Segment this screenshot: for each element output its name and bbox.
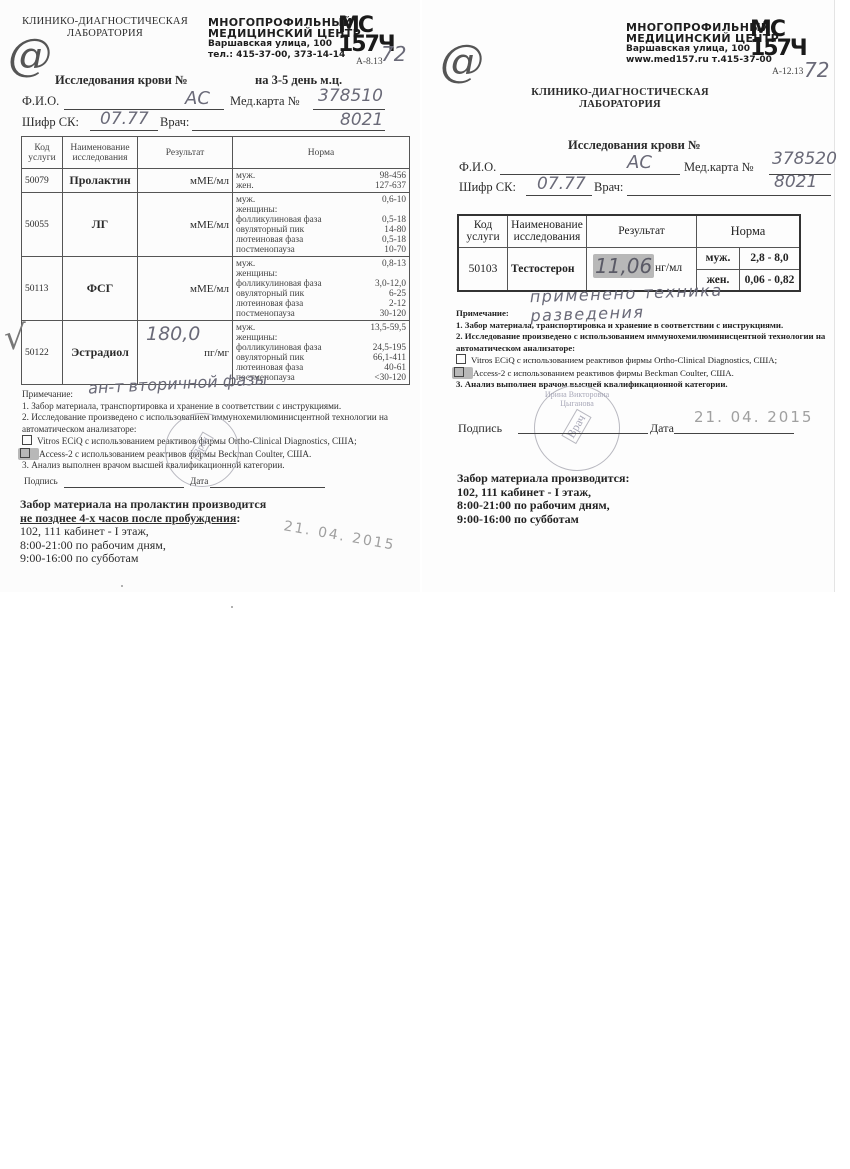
- date-label: Дата: [190, 476, 208, 488]
- norm-label: овуляторный пик: [236, 353, 304, 363]
- row-test-name: ЛГ: [63, 193, 138, 257]
- stamp-text: Врач: [189, 432, 214, 462]
- checkbox-access[interactable]: [454, 367, 464, 377]
- note-2: 2. Исследование произведено с использова…: [456, 331, 836, 354]
- row-test-name: Эстрадиол: [63, 321, 138, 385]
- lab-title-line1: КЛИНИКО-ДИАГНОСТИЧЕСКАЯ: [520, 87, 720, 99]
- norm-value: 2-12: [389, 299, 406, 309]
- norm-male-value: 2,8 - 8,0: [740, 247, 801, 269]
- left-lab-form: КЛИНИКО-ДИАГНОСТИЧЕСКАЯ ЛАБОРАТОРИЯ @ МН…: [0, 0, 420, 592]
- header-code: Код услуги: [458, 215, 508, 247]
- norm-label: фолликулиновая фаза: [236, 215, 322, 225]
- row-test-name: ФСГ: [63, 257, 138, 321]
- norm-label: постменопауза: [236, 245, 295, 255]
- norm-label: овуляторный пик: [236, 225, 304, 235]
- norm-value: 0,5-18: [382, 215, 406, 225]
- header-norm: Норма: [697, 215, 801, 247]
- row-unit: мМЕ/мл: [138, 257, 233, 321]
- norm-row: муж.13,5-59,5: [236, 323, 406, 333]
- norm-row: жен.127-637: [236, 181, 406, 191]
- norm-row: муж.98-456: [236, 171, 406, 181]
- notes-block: Примечание: 1. Забор материала, транспор…: [456, 308, 836, 391]
- norm-label: лютеиновая фаза: [236, 235, 303, 245]
- footer-bold-2: не позднее 4-х часов после пробуждения: [20, 511, 236, 525]
- footer-line-2: 8:00-21:00 по рабочим дням,: [457, 499, 630, 513]
- analyzer-option-access[interactable]: Access-2 с использованием реактивов фирм…: [456, 367, 836, 380]
- medical-center-logo-icon: МС 157Ч: [750, 20, 806, 58]
- stamp-text: Врач: [561, 409, 591, 444]
- date-field[interactable]: [210, 487, 325, 488]
- note-1: 1. Забор материала, транспортировка и хр…: [22, 401, 417, 413]
- norm-value: 6-25: [389, 289, 406, 299]
- at-mark-icon: @: [440, 36, 484, 87]
- scan-speck: [121, 585, 123, 587]
- doctor-field[interactable]: [192, 130, 385, 131]
- header-result: Результат: [138, 137, 233, 169]
- form-title: Исследования крови №: [568, 138, 701, 153]
- row-unit: мМЕ/мл: [138, 169, 233, 193]
- row-norms: муж.0,6-10женщины:фолликулиновая фаза0,5…: [233, 193, 410, 257]
- row-test-name: Пролактин: [63, 169, 138, 193]
- checkbox-vitros[interactable]: [22, 435, 32, 445]
- header-name: Наименование исследования: [508, 215, 587, 247]
- footer-line-2: 8:00-21:00 по рабочим дням,: [20, 539, 266, 553]
- checkbox-access[interactable]: [20, 448, 30, 458]
- row-code: 50122: [22, 321, 63, 385]
- right-lab-form: @ МНОГОПРОФИЛЬНЫЙ МЕДИЦИНСКИЙ ЦЕНТР Варш…: [422, 0, 835, 592]
- row-norms: муж.98-456жен.127-637: [233, 169, 410, 193]
- footer-line-1: 102, 111 кабинет - I этаж,: [20, 525, 266, 539]
- cipher-value: 07.77: [537, 174, 586, 194]
- fio-handwritten: АС: [185, 88, 210, 109]
- norm-male-label: муж.: [697, 247, 740, 269]
- med-card-label: Мед.карта №: [684, 160, 754, 175]
- norm-row: постменопауза10-70: [236, 245, 406, 255]
- norm-label: женщины:: [236, 205, 277, 215]
- footer-bold-1: Забор материала производится:: [457, 472, 630, 486]
- option-access-label: Access-2 с использованием реактивов фирм…: [473, 368, 734, 378]
- table-row: 50113 ФСГ мМЕ/мл муж.0,8-13женщины:фолли…: [22, 257, 410, 321]
- table-header-row: Код услуги Наименование исследования Рез…: [458, 215, 800, 247]
- table-row: 50055 ЛГ мМЕ/мл муж.0,6-10женщины:фоллик…: [22, 193, 410, 257]
- footer-block: Забор материала производится: 102, 111 к…: [457, 472, 630, 526]
- lab-title-line2: ЛАБОРАТОРИЯ: [520, 99, 720, 111]
- fio-label: Ф.И.О.: [459, 160, 496, 175]
- norm-row: фолликулиновая фаза24,5-195: [236, 343, 406, 353]
- cipher-field[interactable]: [526, 195, 592, 196]
- lab-title-line1: КЛИНИКО-ДИАГНОСТИЧЕСКАЯ: [20, 16, 190, 28]
- header-result: Результат: [587, 215, 697, 247]
- norm-label: лютеиновая фаза: [236, 299, 303, 309]
- row-code: 50103: [458, 247, 508, 291]
- logo-bottom: 157Ч: [750, 39, 806, 58]
- norm-label: муж.: [236, 195, 255, 205]
- norm-value: 40-61: [384, 363, 406, 373]
- date-field[interactable]: [674, 433, 794, 434]
- signature-label: Подпись: [24, 476, 58, 488]
- note-1: 1. Забор материала, транспортировка и хр…: [456, 320, 836, 332]
- row-code: 50079: [22, 169, 63, 193]
- signature-field[interactable]: [518, 433, 648, 434]
- row-unit: пг/мг: [204, 347, 229, 359]
- norm-row: женщины:: [236, 205, 406, 215]
- norm-value: 98-456: [380, 171, 406, 181]
- notes-title: Примечание:: [456, 308, 836, 320]
- norm-label: постменопауза: [236, 309, 295, 319]
- row-code: 50113: [22, 257, 63, 321]
- date-stamp: 21. 04. 2015: [694, 408, 813, 426]
- fio-label: Ф.И.О.: [22, 94, 59, 109]
- signature-label: Подпись: [458, 421, 502, 436]
- norm-row: муж.0,8-13: [236, 259, 406, 269]
- header-norm: Норма: [233, 137, 410, 169]
- norm-value: <30-120: [374, 373, 406, 383]
- stamp-outer-text: Ирина Викторовна Цыганова: [539, 390, 615, 408]
- note-3: 3. Анализ выполнен врачом высшей квалифи…: [456, 379, 836, 391]
- norm-value: 0,5-18: [382, 235, 406, 245]
- at-mark-icon: @: [8, 30, 52, 81]
- form-title: Исследования крови №: [55, 73, 188, 88]
- cipher-label: Шифр СК:: [22, 115, 79, 130]
- norm-label: муж.: [236, 323, 255, 333]
- doctor-label: Врач:: [594, 180, 623, 195]
- date-stamp: 21. 04. 2015: [282, 518, 396, 553]
- table-row: 50103 Тестостерон 11,06 нг/мл муж. 2,8 -…: [458, 247, 800, 269]
- notes-title: Примечание:: [22, 389, 417, 401]
- lab-title: КЛИНИКО-ДИАГНОСТИЧЕСКАЯ ЛАБОРАТОРИЯ: [520, 87, 720, 111]
- table-header-row: Код услуги Наименование исследования Рез…: [22, 137, 410, 169]
- row-unit: нг/мл: [655, 262, 682, 274]
- norm-row: фолликулиновая фаза3,0-12,0: [236, 279, 406, 289]
- footer-line-3: 9:00-16:00 по субботам: [457, 513, 630, 527]
- analyzer-option-vitros[interactable]: Vitros ECiQ с использованием реактивов ф…: [456, 354, 836, 367]
- norm-label: овуляторный пик: [236, 289, 304, 299]
- form-code: А-12.13: [772, 67, 803, 77]
- doctor-stamp-icon: Ирина Викторовна Цыганова Врач: [534, 385, 620, 471]
- footer-line-3: 9:00-16:00 по субботам: [20, 552, 266, 566]
- norm-row: лютеиновая фаза2-12: [236, 299, 406, 309]
- med-card-value: 378510: [318, 86, 383, 106]
- norm-row: женщины:: [236, 333, 406, 343]
- footer-bold-1: Забор материала на пролактин производитс…: [20, 498, 266, 512]
- norm-label: фолликулиновая фаза: [236, 279, 322, 289]
- cipher-label: Шифр СК:: [459, 180, 516, 195]
- cipher-field[interactable]: [90, 130, 158, 131]
- cipher-value: 07.77: [100, 109, 149, 129]
- norm-label: муж.: [236, 259, 255, 269]
- norm-value: 14-80: [384, 225, 406, 235]
- med-card-value: 378520: [772, 149, 837, 169]
- norm-row: муж.0,6-10: [236, 195, 406, 205]
- row-norms: муж.0,8-13женщины:фолликулиновая фаза3,0…: [233, 257, 410, 321]
- fio-handwritten: АС: [627, 152, 652, 173]
- norm-value: 24,5-195: [373, 343, 406, 353]
- row-code: 50055: [22, 193, 63, 257]
- date-label: Дата: [650, 421, 674, 436]
- norm-value: 30-120: [380, 309, 406, 319]
- table-row: 50079 Пролактин мМЕ/мл муж.98-456жен.127…: [22, 169, 410, 193]
- row-unit: мМЕ/мл: [138, 193, 233, 257]
- norm-row: лютеиновая фаза0,5-18: [236, 235, 406, 245]
- norm-label: женщины:: [236, 269, 277, 279]
- row-result: 180,0: [146, 323, 200, 345]
- norm-value: 66,1-411: [373, 353, 406, 363]
- norm-label: жен.: [236, 181, 254, 191]
- norm-row: овуляторный пик6-25: [236, 289, 406, 299]
- scan-speck: [231, 606, 233, 608]
- norm-value: 10-70: [384, 245, 406, 255]
- norm-value: 13,5-59,5: [370, 323, 406, 333]
- norm-row: фолликулиновая фаза0,5-18: [236, 215, 406, 225]
- results-table: Код услуги Наименование исследования Рез…: [21, 136, 410, 385]
- norm-label: фолликулиновая фаза: [236, 343, 322, 353]
- norm-value: 3,0-12,0: [375, 279, 406, 289]
- norm-row: овуляторный пик66,1-411: [236, 353, 406, 363]
- row-test-name: Тестостерон: [508, 247, 587, 291]
- med-card-label: Мед.карта №: [230, 94, 300, 109]
- doctor-value: 8021: [340, 110, 383, 130]
- norm-value: 127-637: [375, 181, 406, 191]
- doctor-label: Врач:: [160, 115, 189, 130]
- norm-row: овуляторный пик14-80: [236, 225, 406, 235]
- footer-block: Забор материала на пролактин производитс…: [20, 498, 266, 566]
- fio-field[interactable]: [500, 174, 680, 175]
- norm-value: 0,6-10: [382, 195, 406, 205]
- doctor-value: 8021: [774, 172, 817, 192]
- handwritten-number: 72: [804, 58, 829, 82]
- norm-row: женщины:: [236, 269, 406, 279]
- handwritten-number: 72: [381, 42, 406, 66]
- header-name: Наименование исследования: [63, 137, 138, 169]
- checkbox-vitros[interactable]: [456, 354, 466, 364]
- norm-label: женщины:: [236, 333, 277, 343]
- signature-field[interactable]: [64, 487, 184, 488]
- norm-row: постменопауза30-120: [236, 309, 406, 319]
- footer-bold-2-suffix: :: [236, 511, 240, 525]
- row-result: 11,06: [593, 254, 654, 278]
- norm-value: 0,8-13: [382, 259, 406, 269]
- header-code: Код услуги: [22, 137, 63, 169]
- checkmark-icon: √: [4, 318, 26, 358]
- footer-line-1: 102, 111 кабинет - I этаж,: [457, 486, 630, 500]
- form-code: А-8.13: [356, 57, 383, 67]
- norm-label: муж.: [236, 171, 255, 181]
- option-vitros-label: Vitros ECiQ с использованием реактивов ф…: [471, 355, 777, 365]
- doctor-field[interactable]: [627, 195, 831, 196]
